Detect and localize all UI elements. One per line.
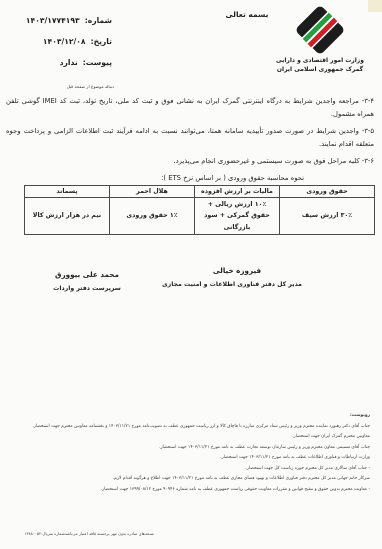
letter-date-row: تاریخ:۱۴۰۳/۱۲/۰۸ (10, 37, 112, 46)
value-waste: نیم در هزار ارزش کالا (25, 198, 110, 235)
cc-item: وزارت ارتباطات و فناوری اطلاعات عطف به ن… (8, 453, 370, 464)
letter-meta: شماره:۱۴۰۳/۱۷۷۴۱۹۳ تاریخ:۱۴۰۳/۱۲/۰۸ پیوس… (10, 16, 112, 79)
letter-number-value: ۱۴۰۳/۱۷۷۴۱۹۳ (26, 16, 80, 25)
cc-item: - جناب آقای سالاری مدیر کل محترم حوزه ری… (8, 464, 370, 475)
value-vat: ۱۰٪ ارزش ریالی + حقوق گمرکی + سود بازرگا… (195, 198, 280, 235)
signer-title-left: سرپرست دفتر واردات (22, 285, 152, 292)
header-vat: مالیات بر ارزش افزوده (195, 186, 280, 198)
validity-note: نسخه‌های صادره بدون مهر برجسته فاقد اعتب… (65, 531, 154, 536)
cc-item: معاونین محترم گمرک ایران جهت استحضار. (8, 432, 370, 443)
serial-footer: نسخه‌های صادره بدون مهر برجسته فاقد اعتب… (42, 531, 154, 536)
letter-attachment-row: پیوست:ندارد (10, 58, 112, 67)
cc-item: سرکار خانم جهانی مدیر کل محترم دفتر فناو… (8, 474, 370, 485)
letter-page: بسمه تعالی شماره:۱۴۰۳/۱۷۷۴۱۹۳ تاریخ:۱۴۰۳… (0, 0, 382, 549)
letter-date-value: ۱۴۰۳/۱۲/۰۸ (43, 37, 86, 46)
header-waste: پسماند (25, 186, 110, 198)
cc-item: - معاونت محترم تدوین حقوق و تنقیح قوانین… (8, 485, 370, 496)
serial-label: شماره سریال: (41, 531, 65, 536)
org-block: وزارت امور اقتصادی و دارایی گمرک جمهوری … (262, 5, 378, 74)
ministry-name: وزارت امور اقتصادی و دارایی (262, 57, 378, 66)
duty-calculation-table: حقوق ورودی مالیات بر ارزش افزوده هلال اح… (24, 185, 375, 235)
value-red-crescent: ۱٪ حقوق ورودی (110, 198, 195, 235)
clause-3-6: ۳-۶- کلیه مراحل فوق به صورت سیستمی و غیر… (6, 155, 374, 168)
serial-value: ۱۳۸۸۰۰۵۲ (24, 531, 41, 536)
letter-attachment-label: پیوست: (83, 58, 112, 67)
clause-3-4: ۳-۴- مراجعه واجدین شرایط به درگاه اینترن… (6, 95, 374, 121)
signer-name-left: محمد علی بیوورق (22, 270, 152, 279)
letter-body: ۳-۴- مراجعه واجدین شرایط به درگاه اینترن… (6, 95, 374, 185)
duty-table-value-row: ۳۰٪ ارزش سیف ۱۰٪ ارزش ریالی + حقوق گمرکی… (25, 198, 375, 235)
customs-diamond-logo-icon (295, 5, 345, 55)
cc-list: رونوشت: جناب آقای دکتر رهنورد نماینده مح… (8, 411, 370, 495)
signer-title-right: مدیر کل دفتر فناوری اطلاعات و امنیت مجاز… (172, 281, 302, 288)
duty-table-header-row: حقوق ورودی مالیات بر ارزش افزوده هلال اح… (25, 186, 375, 198)
value-import-duty: ۳۰٪ ارزش سیف (280, 198, 375, 235)
cc-item: جناب آقای تسنیمی معاون محترم وزیر و رئیس… (8, 443, 370, 454)
cc-label: رونوشت: (8, 411, 370, 422)
customs-name: گمرک جمهوری اسلامی ایران (262, 66, 378, 75)
letter-attachment-value: ندارد (60, 58, 78, 67)
header-red-crescent: هلال احمر (110, 186, 195, 198)
letter-date-label: تاریخ: (91, 37, 112, 46)
duty-table-intro: نحوه محاسبه حقوق ورودی ( بر اساس نرخ ETS… (6, 172, 374, 185)
cc-item: جناب آقای دکتر رهنورد نماینده محترم وزیر… (8, 422, 370, 433)
header-import-duty: حقوق ورودی (280, 186, 375, 198)
continuation-note: دنباله موضوع از صفحه قبل (67, 84, 114, 89)
signature-block-left: محمد علی بیوورق سرپرست دفتر واردات (22, 270, 152, 292)
letter-number-row: شماره:۱۴۰۳/۱۷۷۴۱۹۳ (10, 16, 112, 25)
letter-number-label: شماره: (85, 16, 112, 25)
signer-name-right: فیروزه خیالی (172, 266, 302, 275)
clause-3-5: ۳-۵- واجدین شرایط در صورت صدور تأییدیه س… (6, 125, 374, 151)
signature-block-right: فیروزه خیالی مدیر کل دفتر فناوری اطلاعات… (172, 266, 302, 288)
